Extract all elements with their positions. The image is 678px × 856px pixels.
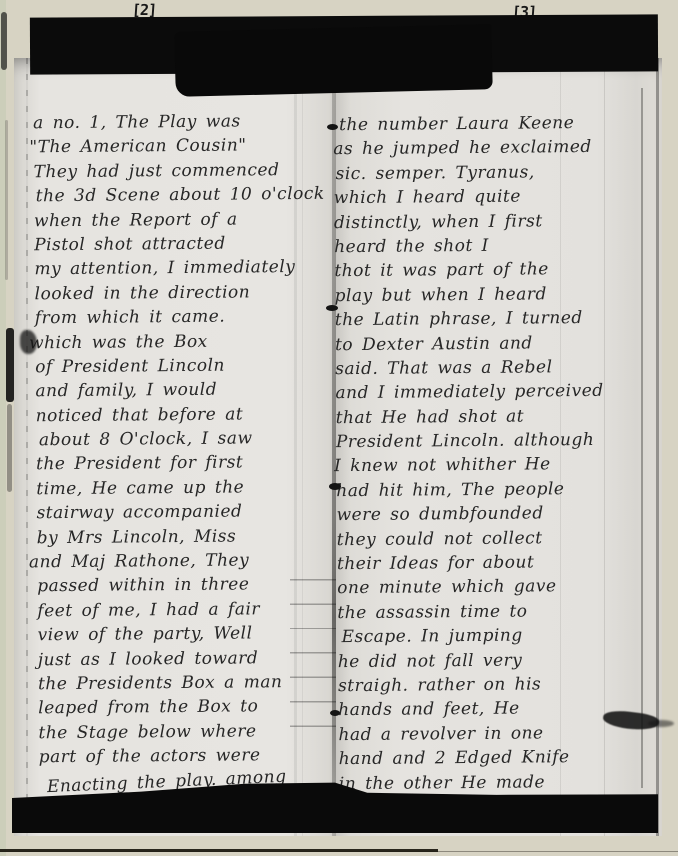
manuscript-line: distinctly, when I first — [334, 208, 602, 235]
manuscript-line: view of the party, Well — [37, 621, 328, 648]
gutter-ink-mark — [330, 710, 340, 716]
right-page-ink-blot — [648, 720, 674, 727]
right-page-text: the number Laura Keeneas he jumped he ex… — [333, 111, 607, 796]
manuscript-line: and I immediately perceived — [335, 379, 603, 406]
manuscript-line: of President Lincoln — [35, 353, 326, 380]
manuscript-line: Pistol shot attracted — [34, 231, 325, 258]
manuscript-line: their Ideas for about — [337, 550, 605, 577]
scanned-manuscript-spread: [2] [3] a no. 1, The Play was"The Americ… — [0, 0, 678, 856]
manuscript-line: by Mrs Lincoln, Miss — [37, 523, 328, 550]
manuscript-line: Escape. In jumping — [341, 623, 605, 650]
scan-edge-mark — [5, 120, 8, 280]
scan-edge-mark — [6, 328, 14, 402]
manuscript-line: the assassin time to — [337, 599, 605, 626]
manuscript-line: and family, I would — [35, 377, 326, 404]
manuscript-line: hands and feet, He — [338, 696, 606, 723]
manuscript-line: leaped from the Box to — [38, 694, 329, 721]
left-page-edge-crease — [26, 58, 28, 836]
left-margin-ink-smudge — [20, 330, 37, 354]
manuscript-line: straigh. rather on his — [338, 672, 606, 699]
manuscript-line: a no. 1, The Play was — [33, 109, 324, 136]
manuscript-line: were so dumbfounded — [336, 501, 604, 528]
manuscript-line: had a revolver in one — [338, 721, 606, 748]
manuscript-line: the Stage below where — [38, 718, 329, 745]
manuscript-line: thot it was part of the — [334, 257, 602, 284]
manuscript-line: that He had shot at — [336, 404, 604, 431]
manuscript-line: one minute which gave — [337, 574, 605, 601]
top-scan-shadow-block — [174, 24, 492, 97]
manuscript-line: when the Report of a — [34, 206, 325, 233]
manuscript-line: which was the Box — [29, 328, 326, 355]
manuscript-line: about 8 O'clock, I saw — [39, 426, 327, 453]
manuscript-line: in the other He made — [339, 769, 607, 796]
manuscript-line: had hit him, The people — [336, 477, 604, 504]
gutter-ink-mark — [329, 483, 341, 490]
manuscript-line: I knew not whither He — [334, 452, 604, 479]
right-page-crease — [641, 88, 643, 788]
manuscript-line: he did not fall very — [338, 647, 606, 674]
manuscript-line: "The American Cousin" — [29, 133, 324, 160]
manuscript-line: they could not collect — [337, 525, 605, 552]
manuscript-line: my attention, I immediately — [34, 255, 325, 282]
scan-edge-mark — [1, 12, 7, 70]
manuscript-line: said. That was a Rebel — [335, 355, 603, 382]
manuscript-line: hand and 2 Edged Knife — [339, 745, 607, 772]
gutter-ink-mark — [326, 305, 338, 311]
manuscript-line: and Maj Rathone, They — [29, 548, 328, 575]
scan-edge-mark — [7, 404, 12, 492]
manuscript-line: the President for first — [36, 450, 327, 477]
manuscript-line: stairway accompanied — [36, 499, 327, 526]
manuscript-line: feet of me, I had a fair — [37, 597, 328, 624]
manuscript-line: the number Laura Keene — [339, 111, 601, 138]
manuscript-line: passed within in three — [37, 572, 328, 599]
manuscript-line: as he jumped he exclaimed — [333, 135, 601, 162]
manuscript-line: the 3d Scene about 10 o'clock — [36, 182, 325, 209]
manuscript-line: the Presidents Box a man — [38, 670, 329, 697]
manuscript-line: time, He came up the — [36, 475, 327, 502]
manuscript-line: noticed that before at — [36, 401, 327, 428]
manuscript-line: which I heard quite — [334, 184, 602, 211]
manuscript-line: play but when I heard — [335, 282, 603, 309]
manuscript-line: heard the shot I — [334, 233, 602, 260]
manuscript-line: from which it came. — [35, 304, 326, 331]
manuscript-line: to Dexter Austin and — [335, 330, 603, 357]
manuscript-line: sic. semper. Tyranus, — [335, 160, 601, 187]
bottom-margin-line-faint — [0, 851, 678, 852]
manuscript-line: the Latin phrase, I turned — [335, 306, 603, 333]
manuscript-line: They had just commenced — [33, 158, 324, 185]
manuscript-line: just as I looked toward — [38, 645, 329, 672]
left-page-text: a no. 1, The Play was"The American Cousi… — [33, 109, 330, 794]
gutter-ink-mark — [327, 124, 338, 130]
manuscript-line: looked in the direction — [35, 279, 326, 306]
manuscript-line: President Lincoln. although — [336, 428, 604, 455]
